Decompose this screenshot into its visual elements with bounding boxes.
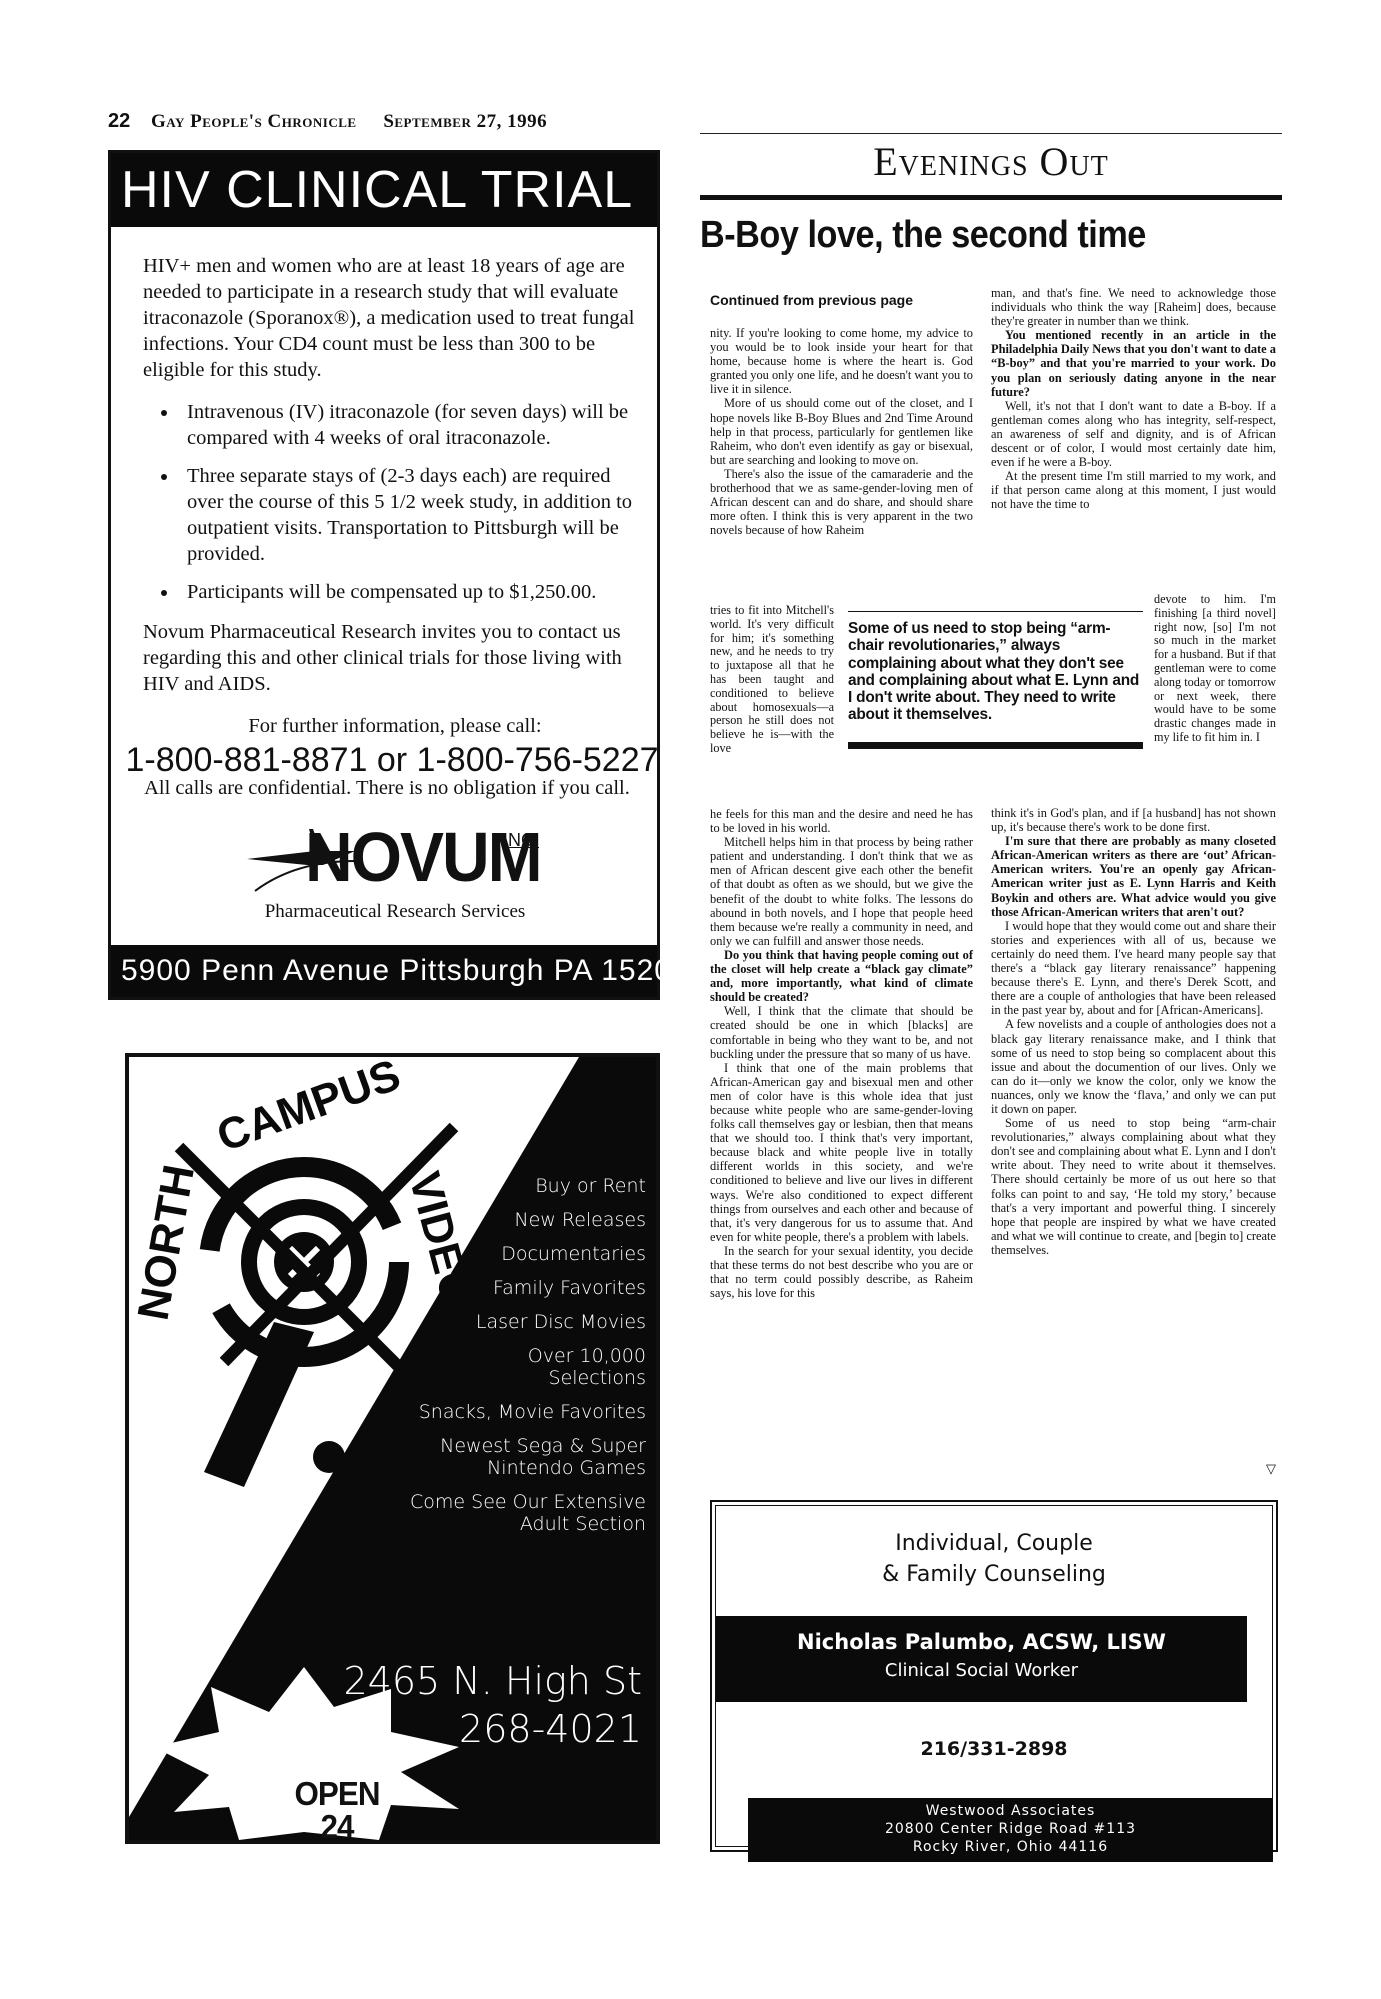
article-paragraph: A few novelists and a couple of antholog… bbox=[991, 1017, 1276, 1116]
issue-date: September 27, 1996 bbox=[383, 111, 547, 132]
counseling-heading-line-2: & Family Counseling bbox=[716, 1559, 1272, 1590]
hiv-ad-phone-numbers: 1-800-881-8871 or 1-800-756-5227 bbox=[117, 747, 667, 773]
service-item: Come See Our Extensive Adult Section bbox=[386, 1491, 646, 1535]
article-paragraph: I would hope that they would come out an… bbox=[991, 919, 1276, 1018]
interview-question: You mentioned recently in an article in … bbox=[991, 328, 1276, 398]
article-headline: B-Boy love, the second time bbox=[700, 214, 1146, 257]
article-paragraph: Well, I think that the climate that shou… bbox=[710, 1004, 973, 1060]
video-services-list: Buy or Rent New Releases Documentaries F… bbox=[346, 1175, 646, 1547]
service-item: Laser Disc Movies bbox=[346, 1311, 646, 1333]
open-24-hours-burst: OPEN 24 HOURS bbox=[280, 1777, 394, 1844]
interview-question: I'm sure that there are probably as many… bbox=[991, 834, 1276, 919]
article-paragraph: I think that one of the main problems th… bbox=[710, 1061, 973, 1244]
article-paragraph: At the present time I'm still married to… bbox=[991, 469, 1276, 511]
hiv-ad-bullets: Intravenous (IV) itraconazole (for seven… bbox=[143, 399, 647, 605]
section-title: Evenings Out bbox=[700, 138, 1282, 185]
address-line-2: 20800 Center Ridge Road #113 bbox=[748, 1820, 1273, 1838]
hiv-ad-address: 5900 Penn Avenue Pittsburgh PA 15206 bbox=[111, 945, 657, 997]
pull-quote-rule-bottom bbox=[848, 742, 1143, 749]
hiv-trial-ad: HIV CLINICAL TRIAL HIV+ men and women wh… bbox=[108, 150, 660, 1000]
hiv-ad-bullet: Three separate stays of (2-3 days each) … bbox=[179, 463, 647, 567]
counseling-address: Westwood Associates 20800 Center Ridge R… bbox=[748, 1798, 1273, 1862]
counselor-name-bar: Nicholas Palumbo, ACSW, LISW Clinical So… bbox=[716, 1616, 1247, 1702]
north-campus-video-ad: NORTH CAMPUS VIDEO Buy or Rent New Relea… bbox=[125, 1053, 660, 1844]
page-folio: 22 Gay People's Chronicle September 27, … bbox=[108, 110, 547, 133]
end-of-story-icon: ▽ bbox=[1266, 1461, 1276, 1477]
counseling-heading: Individual, Couple & Family Counseling bbox=[716, 1506, 1272, 1590]
video-ad-phone: 268-4021 bbox=[344, 1705, 643, 1753]
hiv-ad-call-prompt: For further information, please call: bbox=[143, 713, 647, 739]
counselor-title: Clinical Social Worker bbox=[716, 1654, 1247, 1681]
article-kicker: Continued from previous page bbox=[710, 292, 913, 308]
service-item: New Releases bbox=[346, 1209, 646, 1231]
article-paragraph: think it's in God's plan, and if [a husb… bbox=[991, 806, 1276, 834]
counselor-name: Nicholas Palumbo, ACSW, LISW bbox=[716, 1616, 1247, 1654]
article-paragraph: More of us should come out of the closet… bbox=[710, 396, 973, 466]
article-column-2-narrow: devote to him. I'm finishing [a third no… bbox=[1154, 593, 1276, 745]
article-column-1-top: nity. If you're looking to come home, my… bbox=[710, 326, 973, 537]
service-item: Snacks, Movie Favorites bbox=[346, 1401, 646, 1423]
logo-campus-text: CAMPUS bbox=[211, 1057, 407, 1161]
video-ad-street: 2465 N. High St bbox=[344, 1657, 643, 1705]
address-line-1: Westwood Associates bbox=[748, 1802, 1273, 1820]
article-paragraph: tries to fit into Mitchell's world. It's… bbox=[710, 604, 834, 756]
hiv-ad-body: HIV+ men and women who are at least 18 y… bbox=[111, 227, 657, 925]
service-item: Over 10,000 Selections bbox=[526, 1345, 646, 1389]
article-paragraph: nity. If you're looking to come home, my… bbox=[710, 326, 973, 396]
article-paragraph: Some of us need to stop being “arm-chair… bbox=[991, 1116, 1276, 1257]
counseling-phone: 216/331-2898 bbox=[716, 1738, 1272, 1760]
article-column-2-bottom: think it's in God's plan, and if [a husb… bbox=[991, 806, 1276, 1257]
hiv-ad-bullet: Intravenous (IV) itraconazole (for seven… bbox=[179, 399, 647, 451]
novum-logo: NOVUM INC. bbox=[245, 821, 545, 893]
novum-inc: INC. bbox=[503, 827, 539, 853]
article-paragraph: he feels for this man and the desire and… bbox=[710, 807, 973, 835]
section-rule-top bbox=[700, 133, 1282, 134]
article-column-1-narrow: tries to fit into Mitchell's world. It's… bbox=[710, 604, 834, 756]
article-paragraph: Well, it's not that I don't want to date… bbox=[991, 399, 1276, 469]
article-column-2-top: man, and that's fine. We need to acknowl… bbox=[991, 286, 1276, 512]
hiv-ad-intro: HIV+ men and women who are at least 18 y… bbox=[143, 253, 647, 383]
interview-question: Do you think that having people coming o… bbox=[710, 948, 973, 1004]
article-paragraph: Mitchell helps him in that process by be… bbox=[710, 835, 973, 948]
section-rule-bottom bbox=[700, 195, 1282, 200]
service-item: Buy or Rent bbox=[346, 1175, 646, 1197]
service-item: Newest Sega & Super Nintendo Games bbox=[416, 1435, 646, 1479]
hiv-ad-confidential-note: All calls are confidential. There is no … bbox=[117, 775, 657, 801]
hiv-ad-invitation: Novum Pharmaceutical Research invites yo… bbox=[143, 619, 647, 697]
article-paragraph: man, and that's fine. We need to acknowl… bbox=[991, 286, 1276, 328]
article-column-1-bottom: he feels for this man and the desire and… bbox=[710, 807, 973, 1300]
page-number: 22 bbox=[108, 110, 130, 132]
pull-quote: Some of us need to stop being “arm-chair… bbox=[848, 611, 1143, 749]
article-paragraph: In the search for your sexual identity, … bbox=[710, 1244, 973, 1300]
logo-north-text: NORTH bbox=[129, 1161, 204, 1324]
counseling-ad: Individual, Couple & Family Counseling N… bbox=[710, 1500, 1278, 1852]
article-paragraph: There's also the issue of the camaraderi… bbox=[710, 467, 973, 537]
pull-quote-text: Some of us need to stop being “arm-chair… bbox=[848, 620, 1143, 724]
service-item: Family Favorites bbox=[346, 1277, 646, 1299]
hiv-ad-bullet: Participants will be compensated up to $… bbox=[179, 579, 647, 605]
service-item: Documentaries bbox=[346, 1243, 646, 1265]
publication-name: Gay People's Chronicle bbox=[151, 111, 357, 132]
address-line-3: Rocky River, Ohio 44116 bbox=[748, 1838, 1273, 1856]
hiv-ad-title: HIV CLINICAL TRIAL bbox=[111, 153, 657, 227]
counseling-heading-line-1: Individual, Couple bbox=[716, 1528, 1272, 1559]
video-ad-address: 2465 N. High St 268-4021 bbox=[344, 1657, 643, 1753]
burst-line-2: HOURS bbox=[280, 1843, 394, 1844]
burst-line-1: OPEN 24 bbox=[280, 1777, 394, 1843]
pull-quote-rule-top bbox=[848, 611, 1143, 612]
novum-subtitle: Pharmaceutical Research Services bbox=[143, 899, 647, 925]
article-paragraph: devote to him. I'm finishing [a third no… bbox=[1154, 593, 1276, 745]
counseling-ad-inner: Individual, Couple & Family Counseling N… bbox=[715, 1505, 1273, 1847]
